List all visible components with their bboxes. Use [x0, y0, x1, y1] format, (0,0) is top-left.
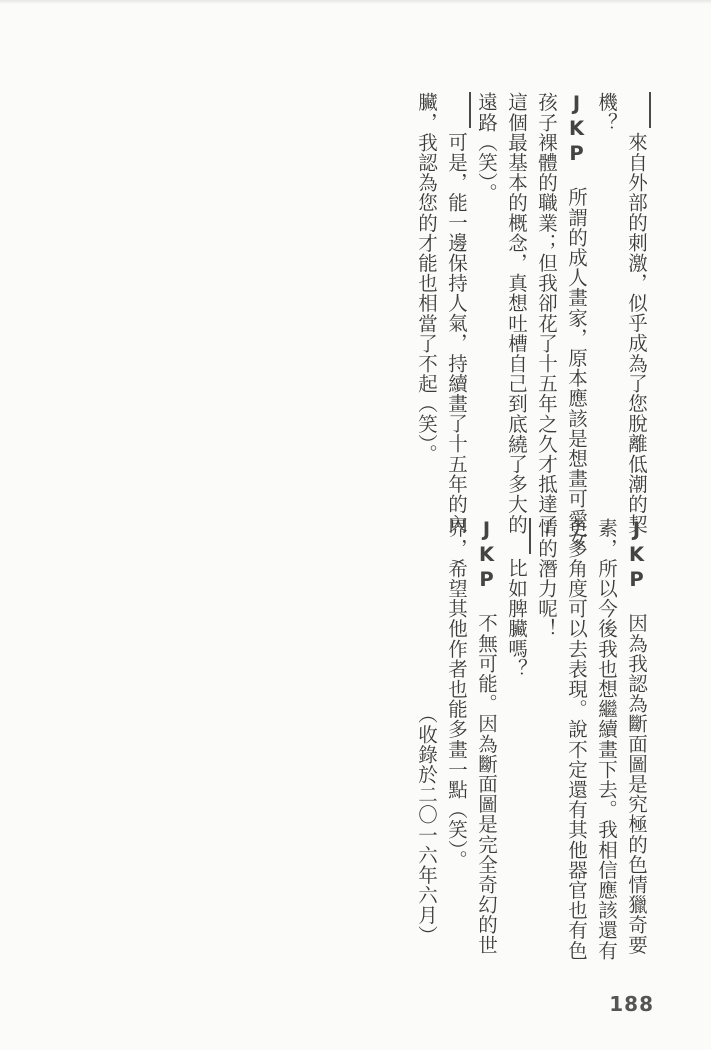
question-line-cont: 臟，我認為您的才能也相當了不起（笑）。: [411, 92, 441, 488]
question-line-cont: 機？: [591, 92, 621, 488]
answer-line-cont: 這個最基本的概念，真想吐槽自己到底繞了多大的: [501, 92, 531, 488]
source-note: （收錄於二〇一六年六月）: [411, 518, 441, 898]
answer-line-cont: 更多角度可以去表現。說不定還有其他器官也有色: [561, 518, 591, 898]
answer-line: JKP所謂的成人畫家，原本應該是想畫可愛女: [561, 92, 591, 488]
answer-line: JKP因為我認為斷面圖是究極的色情獵奇要: [621, 518, 651, 898]
answer-text: 所謂的成人畫家，原本應該是想畫可愛女: [565, 187, 588, 549]
page-top-edge: [0, 0, 711, 4]
answer-line-cont: 情的潛力呢！: [531, 518, 561, 898]
em-dash: [469, 92, 471, 128]
speaker-label: JKP: [471, 518, 501, 593]
em-dash: [649, 92, 651, 128]
answer-text: 因為我認為斷面圖是究極的色情獵奇要: [625, 613, 648, 955]
answer-line-cont: 界，希望其他作者也能多畫一點（笑）。: [441, 518, 471, 898]
question-line: 比如脾臟嗎？: [501, 518, 531, 898]
question-text: 來自外部的刺激，似乎成為了您脫離低潮的契: [625, 132, 648, 534]
interview-text-top: 來自外部的刺激，似乎成為了您脫離低潮的契 機？ JKP所謂的成人畫家，原本應該是…: [411, 92, 651, 488]
answer-line-cont: 孩子裸體的職業；但我卻花了十五年之久才抵達了: [531, 92, 561, 488]
page-number: 188: [609, 992, 654, 1016]
answer-line: JKP不無可能。因為斷面圖是完全奇幻的世: [471, 518, 501, 898]
question-line: 可是，能一邊保持人氣，持續畫了十五年的內: [441, 92, 471, 488]
interview-text-bottom: JKP因為我認為斷面圖是究極的色情獵奇要 素，所以今後我也想繼續畫下去。我相信應…: [411, 518, 651, 898]
speaker-label: JKP: [621, 518, 651, 593]
answer-text: 不無可能。因為斷面圖是完全奇幻的世: [475, 613, 498, 955]
question-text: 比如脾臟嗎？: [505, 558, 528, 679]
answer-line-cont: 遠路（笑）。: [471, 92, 501, 488]
question-text: 可是，能一邊保持人氣，持續畫了十五年的內: [445, 132, 468, 534]
speaker-label: JKP: [561, 92, 591, 167]
answer-line-cont: 素，所以今後我也想繼續畫下去。我相信應該還有: [591, 518, 621, 898]
question-line: 來自外部的刺激，似乎成為了您脫離低潮的契: [621, 92, 651, 488]
em-dash: [529, 518, 531, 554]
